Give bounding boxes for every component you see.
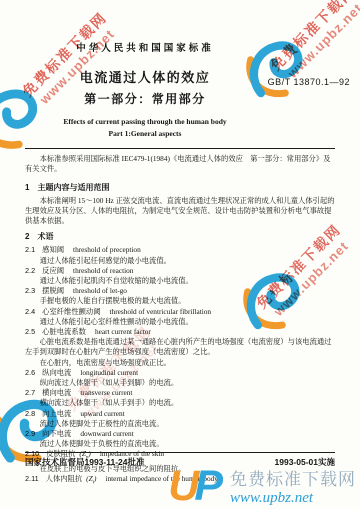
section-heading: 1 主题内容与适用范围 <box>25 182 335 193</box>
document-subtitle-cn: 第一部分：常用部分 <box>25 90 265 107</box>
term-heading: 2.2反应阈threshold of reaction <box>25 266 335 276</box>
national-standard-label: 中华人民共和国国家标准 <box>25 40 265 54</box>
section-heading: 2 术语 <box>25 231 335 242</box>
term-definition: 在心脏内，电流密度与电场强度成正比。 <box>25 358 335 368</box>
document-subtitle-en: Part 1:General aspects <box>25 129 265 138</box>
term-heading: 2.6纵向电流longitudinal current <box>25 368 335 378</box>
term-heading: 2.7横向电流transverse current <box>25 388 335 398</box>
term-heading: 2.1感知阈threshold of preception <box>25 245 335 255</box>
term-definition: 通过人体能引起肌肉不自觉收缩的最小电流值。 <box>25 276 335 286</box>
term-heading: 2.5心脏电流系数heart current factor <box>25 327 335 337</box>
brand-site-url: www.upbz.net <box>230 490 356 507</box>
paragraph: 本标准阐明 15～100 Hz 正弦交流电流、直流电流通过生理状况正常的成人和儿… <box>25 196 335 227</box>
approval-text: 国家技术监督局1993-11-24批准 <box>25 456 145 468</box>
term-definition: 手握电极的人能自行摆脱电极的最大电流值。 <box>25 296 335 306</box>
header-divider <box>25 148 335 149</box>
term-definition: 流过人体使脚处于正极性的直流电流。 <box>25 419 335 429</box>
logo-letter-p: P <box>194 462 223 509</box>
term-definition: 横向流过人体躯干（如从手到手）的电流。 <box>25 398 335 408</box>
document-title-en: Effects of current passing through the h… <box>25 117 265 126</box>
document-title-cn: 电流通过人体的效应 <box>25 67 265 86</box>
term-definition: 通过人体能引起心室纤维性颤动的最小电流值。 <box>25 317 335 327</box>
term-definition: 纵向流过人体躯干（如从手到脚）的电流。 <box>25 378 335 388</box>
standard-document-page: 免费标准下载网 www.upbz.net 免费标准下载网 www.upbz.ne… <box>0 0 360 509</box>
document-header: 中华人民共和国国家标准 电流通过人体的效应 第一部分：常用部分 Effects … <box>25 40 265 138</box>
sections: 1 主题内容与适用范围本标准阐明 15～100 Hz 正弦交流电流、直流电流通过… <box>25 182 335 489</box>
term-heading: 2.3摆脱阈threshold of let-go <box>25 286 335 296</box>
term-heading: 2.4心室纤维性颤动阈threshold of ventricular fibr… <box>25 307 335 317</box>
brand-footer: UP 免费标准下载网 www.upbz.net <box>168 465 356 507</box>
brand-text: 免费标准下载网 www.upbz.net <box>230 465 356 507</box>
term-definition: 心脏电流系数是指电流通过某一通路在心脏内所产生的电场强度（电流密度）与该电流通过… <box>25 337 335 357</box>
term-heading: 2.9向下电流downward current <box>25 429 335 439</box>
up-logo-letters: UP <box>168 466 223 507</box>
intro-paragraph: 本标准参照采用国际标准 IEC479-1(1984)《电流通过人体的效应 第一部… <box>25 154 335 174</box>
brand-site-name: 免费标准下载网 <box>230 465 356 490</box>
term-heading: 2.8向上电流upward current <box>25 409 335 419</box>
document-content: 中华人民共和国国家标准 电流通过人体的效应 第一部分：常用部分 Effects … <box>25 0 335 489</box>
term-definition: 流过人体使脚处于负极性的直流电流。 <box>25 439 335 449</box>
term-definition: 通过人体能引起任何感觉的最小电流值。 <box>25 256 335 266</box>
